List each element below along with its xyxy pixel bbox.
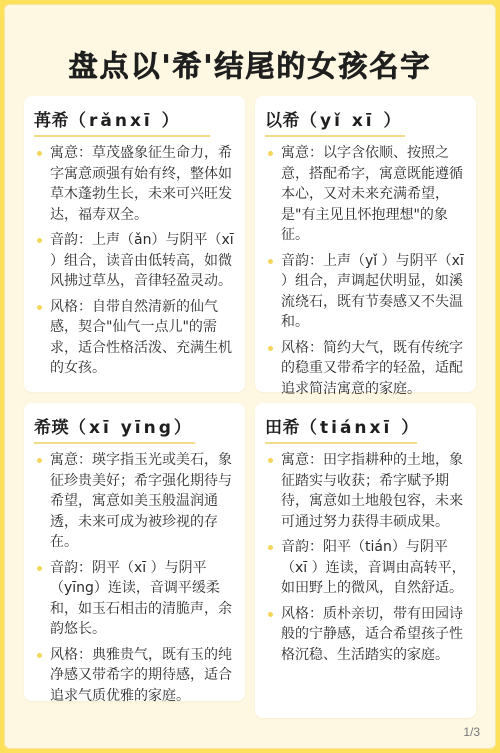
- page-indicator: 1/3: [463, 725, 480, 739]
- card-name: 希瑛: [34, 418, 69, 438]
- card-heading: 以希（yǐ xī ）: [265, 106, 405, 137]
- card-heading: 希瑛（xī yīng）: [34, 413, 195, 444]
- card-pinyin: （xī yīng）: [69, 418, 194, 438]
- bullet-icon: [37, 458, 42, 463]
- card-pinyin: （yǐ xī ）: [300, 111, 404, 131]
- card-heading: 田希（tiánxī ）: [265, 413, 417, 444]
- bullet-icon: [37, 653, 42, 658]
- bullet-icon: [268, 458, 273, 463]
- style-item: 风格：简约大气，既有传统字的稳重又带希字的轻盈，适配追求简洁寓意的家庭。: [265, 338, 466, 400]
- name-card-tianxi: 田希（tiánxī ） 寓意：田字指耕种的土地，象征踏实与收获；希字赋予期待，寓…: [255, 403, 476, 718]
- bullet-icon: [268, 259, 273, 264]
- bullet-icon: [37, 151, 42, 156]
- phonetic-item: 音韵：阴平（xī ）与阴平（yīng）连读，音调平缓柔和，如玉石相击的清脆声，余…: [34, 558, 235, 640]
- bullet-icon: [268, 612, 273, 617]
- card-name: 田希: [265, 418, 300, 438]
- card-heading: 苒希（rǎnxī ）: [34, 106, 210, 137]
- name-card-ranxi: 苒希（rǎnxī ） 寓意：草茂盛象征生命力，希字寓意顽强有始有终，整体如草木蓬…: [24, 96, 245, 392]
- phonetic-item: 音韵：上声（yǐ ）与阴平（xī ）组合，声调起伏明显，如溪流绕石，既有节奏感又…: [265, 251, 466, 333]
- card-items: 寓意：田字指耕种的土地，象征踏实与收获；希字赋予期待，寓意如土地般包容，未来可通…: [265, 450, 466, 665]
- meaning-item: 寓意：草茂盛象征生命力，希字寓意顽强有始有终，整体如草木蓬勃生长，未来可兴旺发达…: [34, 143, 235, 225]
- card-name: 以希: [265, 111, 300, 131]
- bullet-icon: [37, 566, 42, 571]
- style-item: 风格：自带自然清新的仙气感，契合"仙气一点儿"的需求，适合性格活泼、充满生机的女…: [34, 297, 235, 379]
- bullet-icon: [268, 545, 273, 550]
- name-card-yixi: 以希（yǐ xī ） 寓意：以字含依顺、按照之意，搭配希字，寓意既能遵循本心，又…: [255, 96, 476, 392]
- card-name: 苒希: [34, 111, 69, 131]
- name-card-xiying: 希瑛（xī yīng） 寓意：瑛字指玉光或美石，象征珍贵美好；希字强化期待与希望…: [24, 403, 245, 701]
- style-item: 风格：质朴亲切，带有田园诗般的宁静感，适合希望孩子性格沉稳、生活踏实的家庭。: [265, 604, 466, 666]
- meaning-item: 寓意：以字含依顺、按照之意，搭配希字，寓意既能遵循本心，又对未来充满希望，是"有…: [265, 143, 466, 246]
- bullet-icon: [268, 151, 273, 156]
- card-items: 寓意：草茂盛象征生命力，希字寓意顽强有始有终，整体如草木蓬勃生长，未来可兴旺发达…: [34, 143, 235, 379]
- bullet-icon: [37, 305, 42, 310]
- card-pinyin: （rǎnxī ）: [69, 111, 182, 131]
- meaning-item: 寓意：瑛字指玉光或美石，象征珍贵美好；希字强化期待与希望，寓意如美玉般温润通透，…: [34, 450, 235, 553]
- phonetic-item: 音韵：上声（ǎn）与阴平（xī ）组合，读音由低转高，如微风拂过草丛，音律轻盈灵…: [34, 230, 235, 292]
- phonetic-item: 音韵：阳平（tián）与阴平（xī ）连读，音调由高转平，如田野上的微风，自然舒…: [265, 537, 466, 599]
- style-item: 风格：典雅贵气，既有玉的纯净感又带希字的期待感，适合追求气质优雅的家庭。: [34, 645, 235, 707]
- page-title: 盘点以'希'结尾的女孩名字: [0, 44, 500, 85]
- card-pinyin: （tiánxī ）: [300, 418, 421, 438]
- card-items: 寓意：瑛字指玉光或美石，象征珍贵美好；希字强化期待与希望，寓意如美玉般温润通透，…: [34, 450, 235, 706]
- bullet-icon: [268, 346, 273, 351]
- meaning-item: 寓意：田字指耕种的土地，象征踏实与收获；希字赋予期待，寓意如土地般包容，未来可通…: [265, 450, 466, 532]
- bullet-icon: [37, 238, 42, 243]
- card-items: 寓意：以字含依顺、按照之意，搭配希字，寓意既能遵循本心，又对未来充满希望，是"有…: [265, 143, 466, 399]
